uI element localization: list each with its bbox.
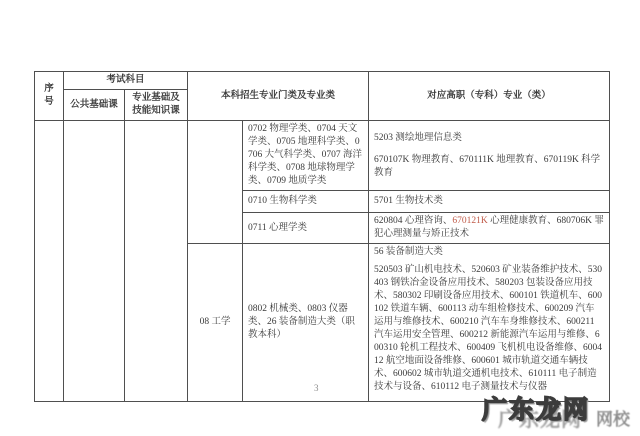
cell-majors-science: 0702 物理学类、0704 天文学类、0705 地理科学类、0706 大气科学… bbox=[243, 121, 369, 191]
voc-engineering-list: 520503 矿山机电技术、520603 矿业装备维护技术、530403 钢铁冶… bbox=[374, 264, 604, 394]
scanned-document-page: 序号 考试科目 本科招生专业门类及专业类 对应高职（专科）专业（类） 公共基础课… bbox=[0, 0, 640, 436]
voc-engineering-line1: 56 装备制造大类 bbox=[374, 246, 604, 259]
watermark-shadow-text: 广东龙网 bbox=[498, 403, 582, 432]
cell-majors-biology: 0710 生物科学类 bbox=[243, 191, 369, 213]
voc-science-line2: 670107K 物理教育、670111K 地理教育、670119K 科学教育 bbox=[374, 154, 604, 180]
header-public-basic: 公共基础课 bbox=[64, 90, 125, 121]
majors-mapping-table: 序号 考试科目 本科招生专业门类及专业类 对应高职（专科）专业（类） 公共基础课… bbox=[34, 71, 610, 402]
cell-category-engineering: 08 工学 bbox=[188, 244, 243, 402]
header-professional-basic: 专业基础及技能知识课 bbox=[125, 90, 188, 121]
cell-professional-basic-empty bbox=[125, 121, 188, 402]
cell-public-basic-empty bbox=[64, 121, 125, 402]
header-vocational-majors: 对应高职（专科）专业（类） bbox=[369, 72, 610, 121]
cell-category-empty bbox=[188, 121, 243, 244]
watermark-suffix-text: 网校 bbox=[596, 405, 630, 430]
voc-psych-code-highlighted: 670121K bbox=[452, 216, 487, 226]
voc-psych-text-before: 620804 心理咨询、 bbox=[374, 216, 452, 226]
cell-majors-engineering: 0802 机械类、0803 仪器类、26 装备制造大类（职教本科） bbox=[243, 244, 369, 402]
page-number: 3 bbox=[314, 383, 319, 393]
cell-voc-psychology: 620804 心理咨询、670121K 心理健康教育、680706K 罪犯心理测… bbox=[369, 213, 610, 244]
header-serial: 序号 bbox=[35, 72, 64, 121]
cell-voc-science: 5203 测绘地理信息类 670107K 物理教育、670111K 地理教育、6… bbox=[369, 121, 610, 191]
voc-science-line1: 5203 测绘地理信息类 bbox=[374, 132, 604, 145]
header-exam-subjects: 考试科目 bbox=[64, 72, 188, 90]
header-undergrad-majors: 本科招生专业门类及专业类 bbox=[188, 72, 369, 121]
cell-serial-empty bbox=[35, 121, 64, 402]
cell-voc-engineering: 56 装备制造大类 520503 矿山机电技术、520603 矿业装备维护技术、… bbox=[369, 244, 610, 402]
cell-majors-psychology: 0711 心理学类 bbox=[243, 213, 369, 244]
cell-voc-biology: 5701 生物技术类 bbox=[369, 191, 610, 213]
